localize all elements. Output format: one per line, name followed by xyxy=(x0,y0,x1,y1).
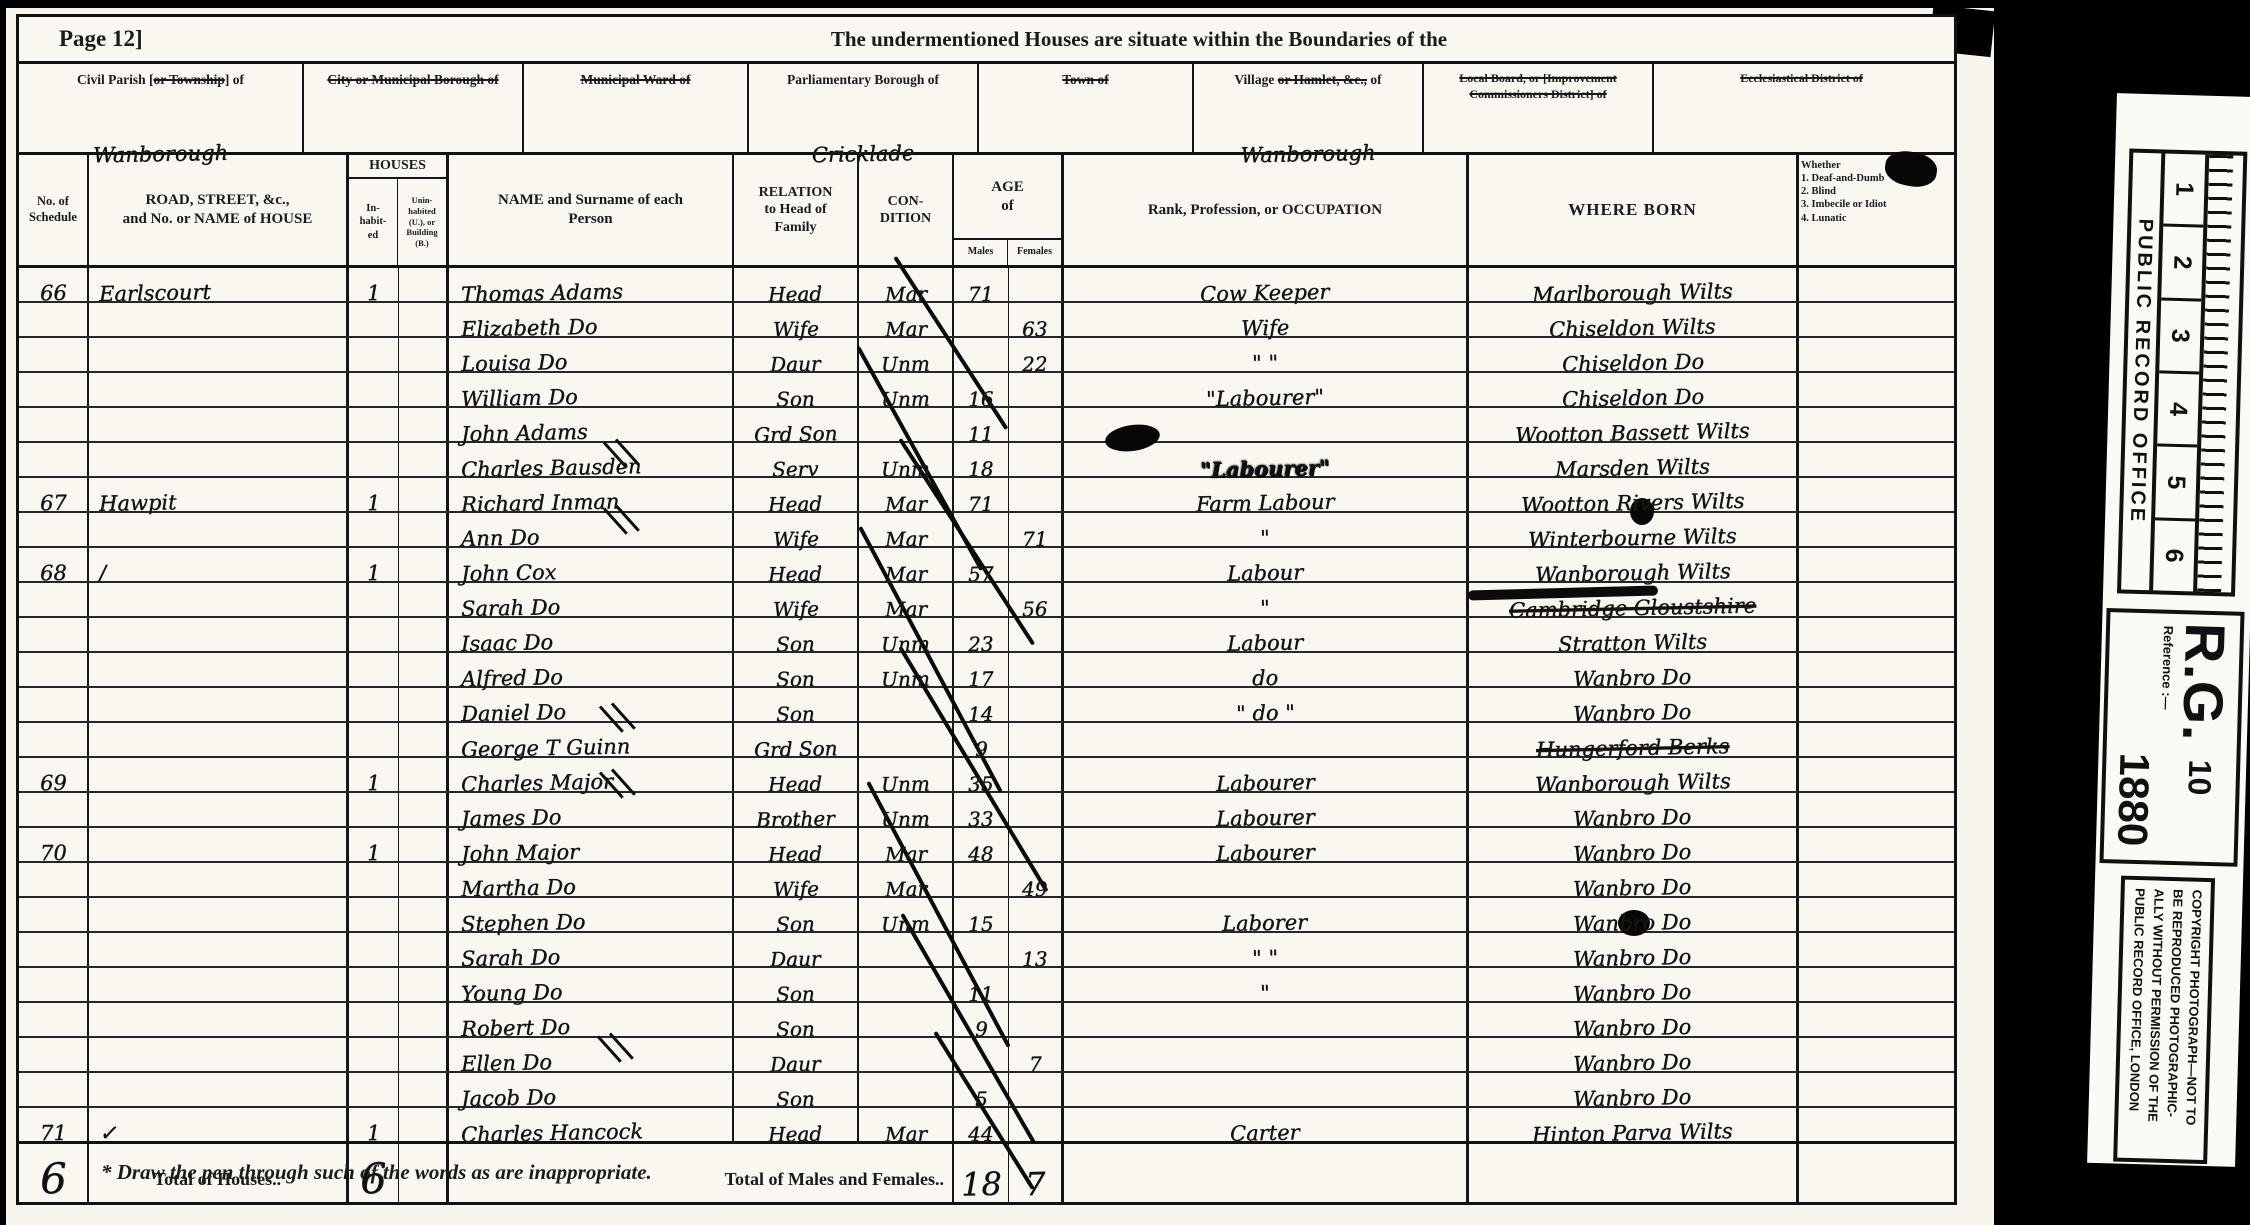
age-female-cell: 13 xyxy=(1009,933,1064,966)
person-name: Louisa Do xyxy=(461,352,568,375)
uninhabited-count-cell xyxy=(399,1003,449,1036)
age-female-cell xyxy=(1009,758,1064,791)
birthplace: Wanbro Do xyxy=(1573,982,1692,1005)
col-header-females: Females xyxy=(1008,240,1061,265)
person-name: Martha Do xyxy=(461,877,576,900)
disability-cell xyxy=(1799,513,1949,546)
condition-cell xyxy=(859,1003,954,1036)
ruler-number: 3 xyxy=(2159,300,2201,374)
age-male-cell: 18 xyxy=(954,443,1009,476)
inhabited-count: 1 xyxy=(367,1123,381,1144)
inhabited-count-cell xyxy=(349,338,399,371)
table-row: Isaac DoSonUnm23LabourStratton Wilts xyxy=(19,618,1954,653)
house-name: / xyxy=(99,563,107,584)
age-female-cell xyxy=(1009,478,1064,511)
col-header-age-sub: Males Females xyxy=(954,238,1061,265)
census-entries: 66Earlscourt1Thomas AdamsHeadMar71Cow Ke… xyxy=(19,268,1954,1144)
house-name-cell xyxy=(89,618,349,651)
relation: Daur xyxy=(770,353,821,374)
birthplace-cell: Wanbro Do xyxy=(1469,1073,1799,1106)
relation-cell: Head xyxy=(734,758,859,791)
occupation: Carter xyxy=(1230,1122,1300,1144)
birthplace-cell: Hinton Parva Wilts xyxy=(1469,1108,1799,1141)
relation: Son xyxy=(776,389,815,410)
locality-field-label-part: ] of xyxy=(225,72,244,87)
birthplace: Wanbro Do xyxy=(1573,912,1692,935)
uninhabited-count-cell xyxy=(399,933,449,966)
uninhabited-count-cell xyxy=(399,1073,449,1106)
condition-cell: Unm xyxy=(859,898,954,931)
age-male-cell xyxy=(954,303,1009,336)
age-female: 63 xyxy=(1022,319,1048,340)
person-name: Stephen Do xyxy=(461,912,586,936)
house-name-cell: Hawpit xyxy=(89,478,349,511)
birthplace-cell: Wanbro Do xyxy=(1469,828,1799,861)
age-female: 13 xyxy=(1022,949,1048,970)
table-row: 701John MajorHeadMar48LabourerWanbro Do xyxy=(19,828,1954,863)
relation-cell: Wife xyxy=(734,583,859,616)
birthplace-cell: Wanbro Do xyxy=(1469,793,1799,826)
birthplace: Winterbourne Wilts xyxy=(1528,526,1737,551)
relation-cell: Serv xyxy=(734,443,859,476)
age-female-cell xyxy=(1009,443,1064,476)
inhabited-count-cell: 1 xyxy=(349,548,399,581)
locality-field-label-part: Civil Parish [ xyxy=(77,72,154,87)
schedule-number: 66 xyxy=(39,283,66,305)
person-name-cell: Isaac Do xyxy=(449,618,734,651)
total-houses-left-value: 6 xyxy=(39,1158,67,1201)
house-name-cell: / xyxy=(89,548,349,581)
condition-cell: Mar xyxy=(859,513,954,546)
condition-cell xyxy=(859,933,954,966)
column-header-band: No. of Schedule ROAD, STREET, &c., and N… xyxy=(19,155,1954,268)
house-name-cell xyxy=(89,968,349,1001)
relation: Head xyxy=(768,773,822,794)
relation-cell: Head xyxy=(734,478,859,511)
locality-field-label-part: or Hamlet, &c., xyxy=(1278,72,1367,87)
age-male-cell: 15 xyxy=(954,898,1009,931)
age-female-cell: 71 xyxy=(1009,513,1064,546)
locality-field: Local Board, or [Improvement Commissione… xyxy=(1424,64,1654,152)
table-row: Ellen DoDaur7Wanbro Do xyxy=(19,1038,1954,1073)
age-male-cell: 71 xyxy=(954,478,1009,511)
relation: Son xyxy=(776,984,815,1005)
locality-field-label-part: City or xyxy=(327,72,368,87)
inhabited-count-cell xyxy=(349,863,399,896)
age-male: 16 xyxy=(968,389,994,410)
stamp-year: 1880 xyxy=(2108,752,2159,847)
col-header-houses: HOUSES In- habit- ed Unin- habited (U.),… xyxy=(349,155,449,265)
birthplace-cell: Wanbro Do xyxy=(1469,653,1799,686)
total-males-cell: 18 xyxy=(954,1144,1009,1202)
age-male-cell xyxy=(954,863,1009,896)
uninhabited-count-cell xyxy=(399,478,449,511)
occupation-cell: Carter xyxy=(1064,1108,1469,1141)
stamp-content: 123456 PUBLIC RECORD OFFICE R.G. Referen… xyxy=(2087,93,2250,1167)
schedule-number-cell xyxy=(19,863,89,896)
occupation-cell: " " xyxy=(1064,933,1469,966)
birthplace: Wootton Rivers Wilts xyxy=(1521,491,1745,517)
birthplace-cell: Marsden Wilts xyxy=(1469,443,1799,476)
relation: Head xyxy=(768,283,822,304)
condition: Mar xyxy=(884,844,926,865)
schedule-number-cell xyxy=(19,968,89,1001)
uninhabited-count-cell xyxy=(399,793,449,826)
relation: Son xyxy=(776,704,815,725)
birthplace-cell: Wanbro Do xyxy=(1469,898,1799,931)
birthplace-cell: Wanbro Do xyxy=(1469,1038,1799,1071)
house-name-cell xyxy=(89,1038,349,1071)
person-name: Ann Do xyxy=(461,527,540,550)
inhabited-count-cell xyxy=(349,443,399,476)
disability-cell xyxy=(1799,968,1949,1001)
age-male-cell: 71 xyxy=(954,268,1009,301)
person-name-cell: Elizabeth Do xyxy=(449,303,734,336)
occupation-cell: Labour xyxy=(1064,618,1469,651)
locality-field-label-part: or Township xyxy=(153,72,224,87)
house-name: ✓ xyxy=(99,1123,117,1144)
uninhabited-count-cell xyxy=(399,968,449,1001)
col-header-houses-sub: In- habit- ed Unin- habited (U.), or Bui… xyxy=(349,179,446,265)
occupation-cell: do xyxy=(1064,653,1469,686)
inhabited-count-cell: 1 xyxy=(349,828,399,861)
condition-cell: Mar xyxy=(859,268,954,301)
birthplace: Marsden Wilts xyxy=(1555,456,1710,480)
age-male-cell xyxy=(954,338,1009,371)
col-header-name: NAME and Surname of each Person xyxy=(449,155,734,265)
person-name-cell: Charles Hancock xyxy=(449,1108,734,1141)
birthplace: Cambridge Gloustshire xyxy=(1509,595,1756,621)
ruler-number: 2 xyxy=(2161,227,2203,301)
schedule-number: 69 xyxy=(39,773,66,795)
table-row: Ann DoWifeMar71"Winterbourne Wilts xyxy=(19,513,1954,548)
occupation-cell xyxy=(1064,1038,1469,1071)
person-name-cell: Ann Do xyxy=(449,513,734,546)
inhabited-count-cell xyxy=(349,793,399,826)
inhabited-count-cell: 1 xyxy=(349,478,399,511)
age-female-cell xyxy=(1009,968,1064,1001)
uninhabited-count-cell xyxy=(399,898,449,931)
schedule-number-cell xyxy=(19,1038,89,1071)
occupation-cell: Labourer xyxy=(1064,758,1469,791)
birthplace: Chiseldon Do xyxy=(1561,387,1703,411)
disability-cell xyxy=(1799,478,1949,511)
relation-cell: Wife xyxy=(734,303,859,336)
person-name: Robert Do xyxy=(461,1017,570,1040)
condition-cell xyxy=(859,1073,954,1106)
age-male: 5 xyxy=(974,1089,987,1109)
person-name-cell: John Adams xyxy=(449,408,734,441)
relation: Serv xyxy=(772,459,819,480)
disability-cell xyxy=(1799,1073,1949,1106)
disability-cell xyxy=(1799,268,1949,301)
disability-cell xyxy=(1799,758,1949,791)
occupation-cell: Wife xyxy=(1064,303,1469,336)
table-row: John AdamsGrd Son11Wootton Bassett Wilts xyxy=(19,408,1954,443)
age-male-cell: 9 xyxy=(954,1003,1009,1036)
person-name: William Do xyxy=(461,387,578,410)
condition: Unm xyxy=(881,773,930,794)
condition-cell: Unm xyxy=(859,793,954,826)
uninhabited-count-cell xyxy=(399,1108,449,1141)
locality-field: Municipal Ward of xyxy=(524,64,749,152)
condition-cell: Mar xyxy=(859,478,954,511)
person-name-cell: Martha Do xyxy=(449,863,734,896)
stamp-reference-box: R.G. Reference :— 10 1880 xyxy=(2099,608,2244,867)
person-name: Charles Major xyxy=(461,771,613,795)
relation: Son xyxy=(776,1019,815,1040)
occupation-cell xyxy=(1064,1003,1469,1036)
occupation-cell: " xyxy=(1064,583,1469,616)
house-name-cell xyxy=(89,863,349,896)
inhabited-count: 1 xyxy=(367,843,381,864)
col-header-houses-title: HOUSES xyxy=(349,155,446,179)
inhabited-count: 1 xyxy=(367,773,381,794)
table-row: Martha DoWifeMar49Wanbro Do xyxy=(19,863,1954,898)
age-male: 9 xyxy=(974,1019,987,1039)
relation-cell: Son xyxy=(734,618,859,651)
age-female-cell: 22 xyxy=(1009,338,1064,371)
relation: Wife xyxy=(772,599,818,620)
schedule-number-cell xyxy=(19,1073,89,1106)
condition: Unm xyxy=(881,633,930,654)
condition-cell: Unm xyxy=(859,653,954,686)
locality-field-label-part: Ecclesiastical District of xyxy=(1740,71,1863,85)
disability-cell xyxy=(1799,723,1949,756)
schedule-number-cell: 68 xyxy=(19,548,89,581)
occupation-cell: Labourer xyxy=(1064,793,1469,826)
schedule-number-cell xyxy=(19,933,89,966)
occupation: " do " xyxy=(1235,702,1294,724)
birthplace-cell: Hungerford Berks xyxy=(1469,723,1799,756)
age-male: 18 xyxy=(968,459,994,480)
condition-cell xyxy=(859,688,954,721)
birthplace-cell: Wanbro Do xyxy=(1469,968,1799,1001)
ruler-number: 4 xyxy=(2157,373,2199,447)
occupation-cell xyxy=(1064,723,1469,756)
occupation-cell: Farm Labour xyxy=(1064,478,1469,511)
total-houses-value: 6 xyxy=(360,1158,388,1201)
locality-field-label: Local Board, or [Improvement Commissione… xyxy=(1424,71,1652,102)
locality-field-label: Town of xyxy=(979,71,1192,89)
uninhabited-count-cell xyxy=(399,513,449,546)
inhabited-count-cell: 1 xyxy=(349,268,399,301)
inhabited-count-cell xyxy=(349,653,399,686)
condition: Unm xyxy=(881,353,930,374)
age-female-cell xyxy=(1009,898,1064,931)
inhabited-count-cell: 1 xyxy=(349,1108,399,1141)
stamp-copyright-notice: COPYRIGHT PHOTOGRAPH—NOT TOBE REPRODUCED… xyxy=(2113,876,2214,1164)
house-name-cell xyxy=(89,373,349,406)
disability-cell xyxy=(1799,688,1949,721)
house-name-cell xyxy=(89,1003,349,1036)
person-name: Daniel Do xyxy=(461,702,566,725)
stamp-reference-series: R.G. xyxy=(2170,622,2238,743)
person-name-cell: Charles Bausden xyxy=(449,443,734,476)
table-row: 66Earlscourt1Thomas AdamsHeadMar71Cow Ke… xyxy=(19,268,1954,303)
person-name-cell: Thomas Adams xyxy=(449,268,734,301)
condition: Mar xyxy=(884,599,926,620)
form-heading: The undermentioned Houses are situate wi… xyxy=(659,27,1619,52)
birthplace: Wanbro Do xyxy=(1573,877,1692,900)
table-row: Sarah DoDaur13" "Wanbro Do xyxy=(19,933,1954,968)
occupation-cell: Cow Keeper xyxy=(1064,268,1469,301)
table-row: James DoBrotherUnm33LabourerWanbro Do xyxy=(19,793,1954,828)
house-name-cell: ✓ xyxy=(89,1108,349,1141)
condition-cell: Unm xyxy=(859,373,954,406)
occupation: Farm Labour xyxy=(1196,492,1335,516)
ruler-number: 5 xyxy=(2155,447,2197,521)
house-name-cell xyxy=(89,303,349,336)
table-row: 67Hawpit1Richard InmanHeadMar71Farm Labo… xyxy=(19,478,1954,513)
person-name: Ellen Do xyxy=(461,1052,552,1075)
birthplace: Wanbro Do xyxy=(1573,1017,1692,1040)
schedule-number-cell xyxy=(19,688,89,721)
birthplace: Chiseldon Wilts xyxy=(1549,316,1716,340)
condition-cell xyxy=(859,968,954,1001)
col-header-age: AGE of Males Females xyxy=(954,155,1064,265)
relation-cell: Daur xyxy=(734,338,859,371)
ruler-number: 6 xyxy=(2153,520,2195,591)
stamp-reference-label: Reference :— xyxy=(2159,626,2176,710)
occupation: Labour xyxy=(1227,562,1304,585)
relation-cell: Head xyxy=(734,828,859,861)
birthplace-cell: Chiseldon Do xyxy=(1469,373,1799,406)
person-name-cell: Jacob Do xyxy=(449,1073,734,1106)
age-male: 17 xyxy=(968,669,994,690)
person-name: Elizabeth Do xyxy=(461,317,598,341)
age-female: 56 xyxy=(1022,599,1048,620)
inhabited-count-cell xyxy=(349,898,399,931)
house-name-cell xyxy=(89,933,349,966)
age-female-cell xyxy=(1009,828,1064,861)
house-name-cell xyxy=(89,443,349,476)
schedule-number-cell xyxy=(19,618,89,651)
table-row: Stephen DoSonUnm15LaborerWanbro Do xyxy=(19,898,1954,933)
locality-field-label-part: Municipal Ward of xyxy=(580,72,690,87)
person-name-cell: Sarah Do xyxy=(449,583,734,616)
age-male-cell: 9 xyxy=(954,723,1009,756)
relation: Grd Son xyxy=(754,423,838,445)
age-male-cell xyxy=(954,1038,1009,1071)
inhabited-count-cell xyxy=(349,933,399,966)
age-male: 14 xyxy=(968,704,994,725)
col-header-disability: Whether 1. Deaf-and-Dumb 2. Blind 3. Imb… xyxy=(1799,155,1949,265)
condition-cell xyxy=(859,1038,954,1071)
uninhabited-count-cell xyxy=(399,548,449,581)
col-header-condition: CON- DITION xyxy=(859,155,954,265)
relation-cell: Wife xyxy=(734,513,859,546)
age-male-cell: 23 xyxy=(954,618,1009,651)
uninhabited-count-cell xyxy=(399,583,449,616)
relation: Wife xyxy=(772,319,818,340)
person-name-cell: William Do xyxy=(449,373,734,406)
disability-cell xyxy=(1799,898,1949,931)
schedule-number-cell xyxy=(19,338,89,371)
age-male-cell: 16 xyxy=(954,373,1009,406)
disability-cell xyxy=(1799,408,1949,441)
schedule-number-cell xyxy=(19,723,89,756)
birthplace-cell: Wanborough Wilts xyxy=(1469,758,1799,791)
relation-cell: Son xyxy=(734,898,859,931)
condition-cell: Unm xyxy=(859,338,954,371)
occupation: Laborer xyxy=(1222,912,1307,935)
uninhabited-count-cell xyxy=(399,408,449,441)
person-name-cell: John Major xyxy=(449,828,734,861)
relation-cell: Head xyxy=(734,268,859,301)
relation-cell: Grd Son xyxy=(734,723,859,756)
occupation: "Labourer" xyxy=(1206,387,1324,410)
disability-cell xyxy=(1799,618,1949,651)
age-female-cell xyxy=(1009,373,1064,406)
occupation: Labourer xyxy=(1215,807,1314,830)
condition: Unm xyxy=(881,808,930,829)
birthplace: Hungerford Berks xyxy=(1536,736,1730,761)
house-name-cell xyxy=(89,758,349,791)
person-name: Young Do xyxy=(461,982,563,1005)
age-male-cell: 14 xyxy=(954,688,1009,721)
house-name: Hawpit xyxy=(99,492,177,515)
relation: Wife xyxy=(772,879,818,900)
locality-field-label-part: Village xyxy=(1234,72,1277,87)
age-male-cell: 35 xyxy=(954,758,1009,791)
census-form: Page 12] The undermentioned Houses are s… xyxy=(16,14,1957,1205)
birthplace-cell: Wanborough Wilts xyxy=(1469,548,1799,581)
birthplace-cell: Wanbro Do xyxy=(1469,863,1799,896)
occupation-cell xyxy=(1064,408,1469,441)
person-name-cell: Robert Do xyxy=(449,1003,734,1036)
table-row: 691Charles MajorHeadUnm35LabourerWanboro… xyxy=(19,758,1954,793)
table-row: Daniel DoSon14" do "Wanbro Do xyxy=(19,688,1954,723)
table-row: Young DoSon11"Wanbro Do xyxy=(19,968,1954,1003)
condition-cell: Mar xyxy=(859,548,954,581)
birthplace: Wanbro Do xyxy=(1573,1052,1692,1075)
house-name-cell xyxy=(89,338,349,371)
total-disability-cell xyxy=(1799,1144,1949,1202)
condition-cell: Mar xyxy=(859,303,954,336)
age-female-cell xyxy=(1009,408,1064,441)
relation: Head xyxy=(768,1123,822,1144)
age-female-cell xyxy=(1009,1003,1064,1036)
person-name: Thomas Adams xyxy=(461,281,623,305)
age-female-cell: 49 xyxy=(1009,863,1064,896)
inhabited-count-cell xyxy=(349,408,399,441)
age-female-cell xyxy=(1009,1108,1064,1141)
occupation-cell: Labour xyxy=(1064,548,1469,581)
disability-cell xyxy=(1799,548,1949,581)
occupation-cell: "Labourer" xyxy=(1064,373,1469,406)
total-born-cell xyxy=(1469,1144,1799,1202)
condition-cell: Mar xyxy=(859,863,954,896)
col-header-road: ROAD, STREET, &c., and No. or NAME of HO… xyxy=(89,155,349,265)
stamp-ruler: 123456 PUBLIC RECORD OFFICE xyxy=(2117,149,2247,597)
person-name-cell: Louisa Do xyxy=(449,338,734,371)
birthplace: Hinton Parva Wilts xyxy=(1532,1121,1733,1146)
disability-cell xyxy=(1799,373,1949,406)
condition-cell: Unm xyxy=(859,618,954,651)
relation: Head xyxy=(768,493,822,514)
page-number: Page 12] xyxy=(59,26,143,52)
uninhabited-count-cell xyxy=(399,758,449,791)
locality-field-label: Municipal Ward of xyxy=(524,71,747,89)
condition-cell xyxy=(859,723,954,756)
table-row: William DoSonUnm16"Labourer"Chiseldon Do xyxy=(19,373,1954,408)
total-females-cell: 7 xyxy=(1009,1144,1064,1202)
person-name: George T Guinn xyxy=(461,736,631,761)
birthplace: Wanborough Wilts xyxy=(1534,771,1730,796)
condition: Mar xyxy=(884,284,926,305)
occupation-cell: "Labourer" xyxy=(1064,443,1469,476)
